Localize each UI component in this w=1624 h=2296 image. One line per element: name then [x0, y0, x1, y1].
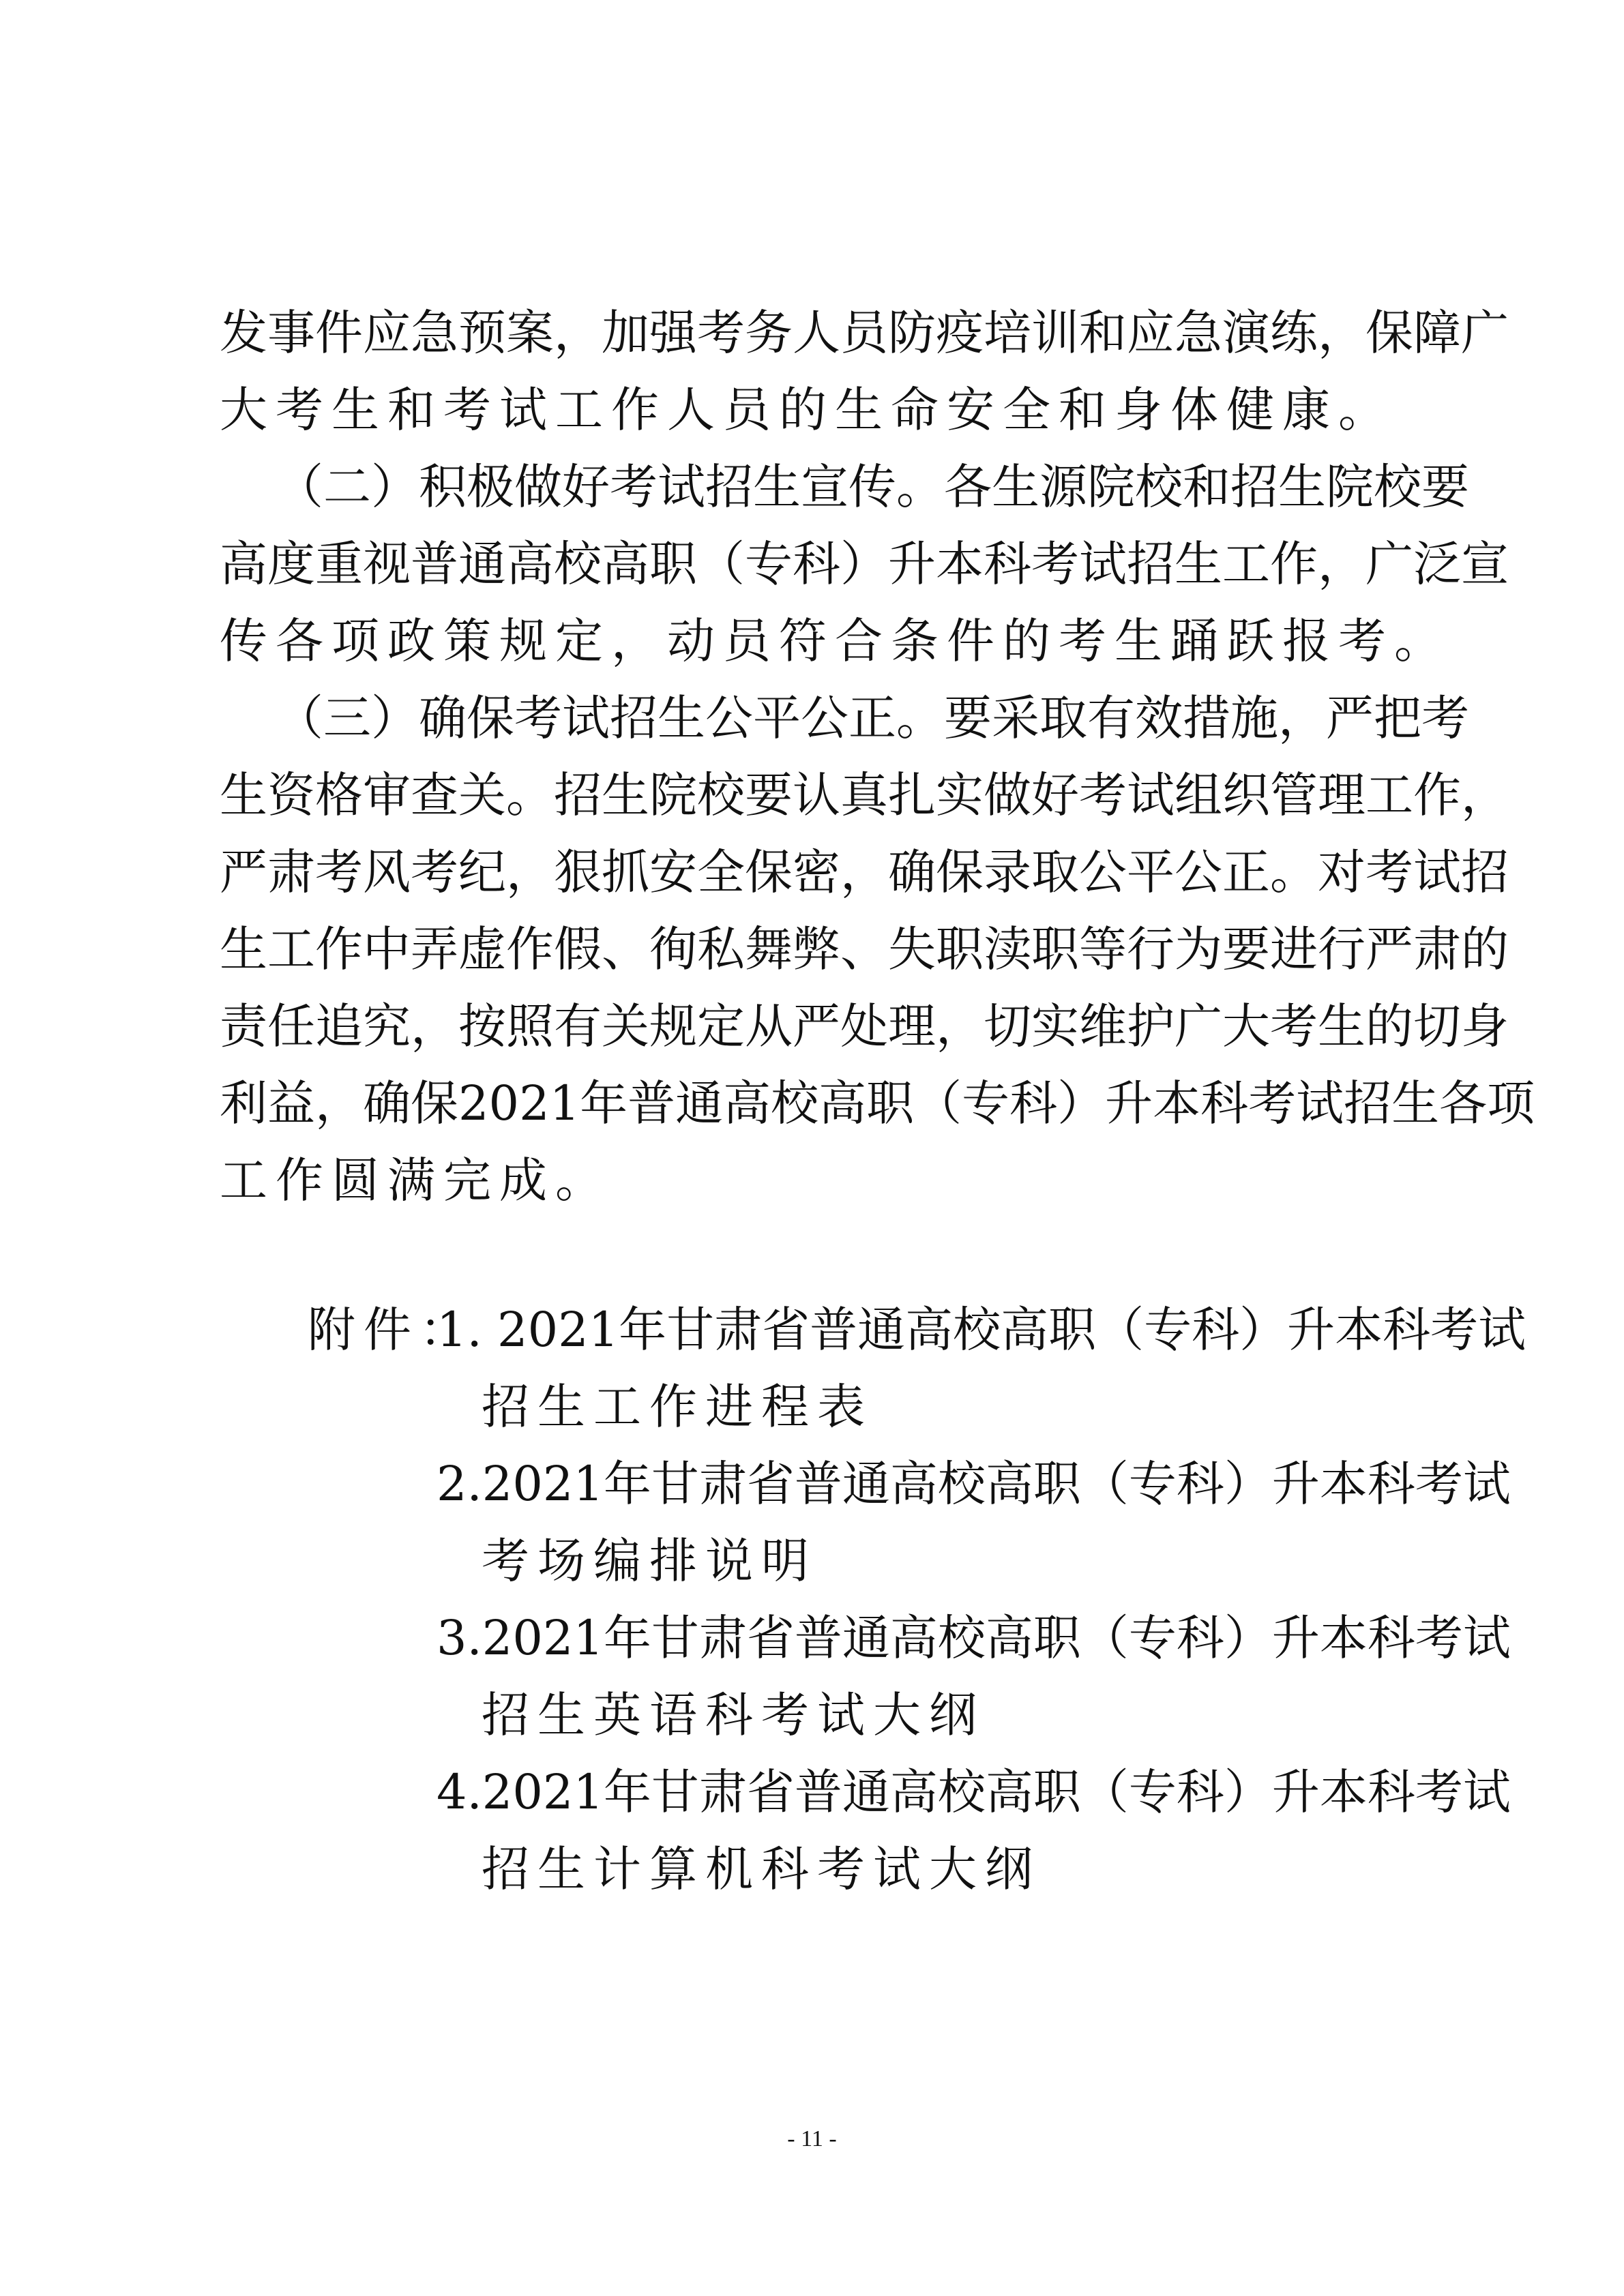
- paragraph-line: 传各项政策规定，动员符合条件的考生踊跃报考。: [220, 610, 1406, 672]
- paragraph-line: 高度重视普通高校高职（专科）升本科考试招生工作，广泛宣: [220, 533, 1406, 595]
- attachment-item-1-line1: 1. 2021年甘肃省普通高校高职（专科）升本科考试: [437, 1299, 1406, 1360]
- paragraph-line: 大考生和考试工作人员的生命安全和身体健康。: [220, 379, 1406, 441]
- paragraph-line: 工作圆满完成。: [220, 1150, 1406, 1211]
- attachment-item-3-line2: 招生英语科考试大纲: [482, 1684, 1406, 1746]
- section-two-heading-line: （二）积极做好考试招生宣传。各生源院校和招生院校要: [276, 456, 1406, 518]
- attachments-label: 附件：: [308, 1299, 451, 1360]
- paragraph-line: 责任追究，按照有关规定从严处理，切实维护广大考生的切身: [220, 996, 1406, 1057]
- attachment-item-1-line2: 招生工作进程表: [482, 1376, 1406, 1437]
- attachment-item-2-line1: 2.2021年甘肃省普通高校高职（专科）升本科考试: [437, 1453, 1406, 1515]
- paragraph-line: 生资格审查关。招生院校要认真扎实做好考试组织管理工作，: [220, 764, 1406, 826]
- attachment-item-3-line1: 3.2021年甘肃省普通高校高职（专科）升本科考试: [437, 1607, 1406, 1669]
- page-number: - 11 -: [0, 2126, 1624, 2152]
- paragraph-line: 严肃考风考纪，狠抓安全保密，确保录取公平公正。对考试招: [220, 841, 1406, 903]
- paragraph-line: 生工作中弄虚作假、徇私舞弊、失职渎职等行为要进行严肃的: [220, 919, 1406, 980]
- document-page: 发事件应急预案，加强考务人员防疫培训和应急演练，保障广 大考生和考试工作人员的生…: [0, 0, 1624, 2296]
- attachment-item-2-line2: 考场编排说明: [482, 1530, 1406, 1592]
- paragraph-line: 发事件应急预案，加强考务人员防疫培训和应急演练，保障广: [220, 302, 1406, 363]
- section-three-heading-line: （三）确保考试招生公平公正。要采取有效措施，严把考: [276, 687, 1406, 749]
- attachment-item-4-line1: 4.2021年甘肃省普通高校高职（专科）升本科考试: [437, 1761, 1406, 1823]
- paragraph-line: 利益，确保2021年普通高校高职（专科）升本科考试招生各项: [220, 1073, 1406, 1134]
- attachment-item-4-line2: 招生计算机科考试大纲: [482, 1838, 1406, 1900]
